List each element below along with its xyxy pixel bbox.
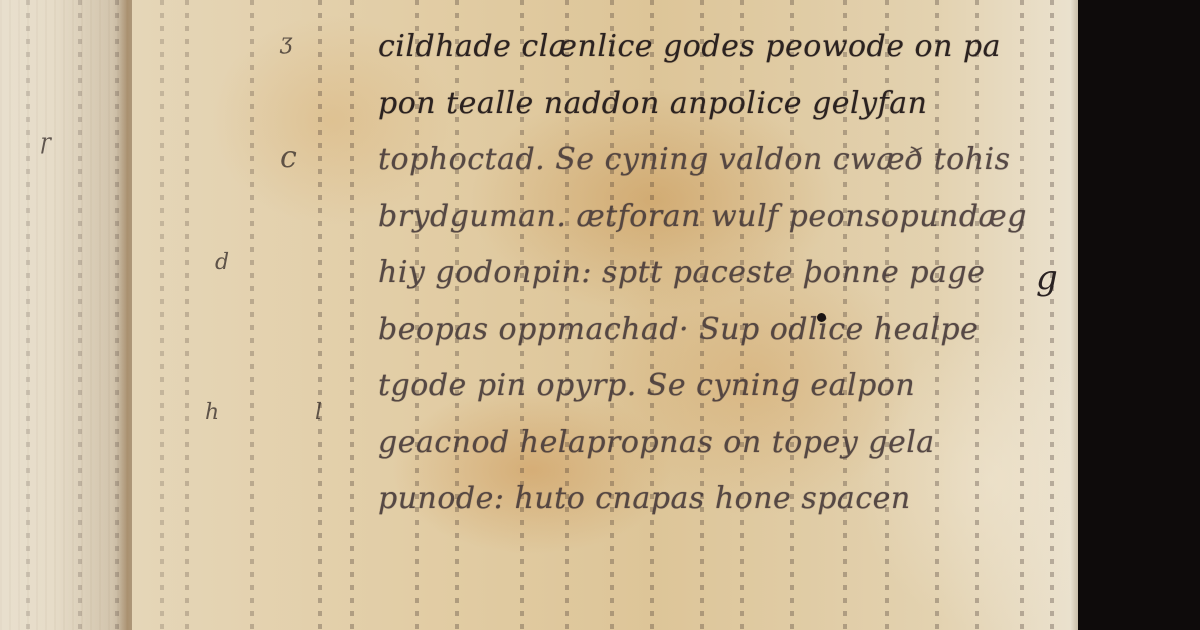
line-text: beopas oppmachad· Sup odlice healpe — [378, 311, 978, 349]
margin-mark: l — [315, 400, 322, 425]
line-text: cildhade clænlice godes peowode on pa — [378, 28, 1001, 66]
manuscript-viewer: ʒ c d l h ɼ cildhade clænlice godes peow… — [0, 0, 1200, 630]
ink-blot — [817, 313, 826, 322]
text-line: punode: huto cnapas hone spacen — [378, 480, 1058, 537]
line-text: tgode pin opyrp. Se cyning ealpon — [378, 367, 915, 405]
show-through-column — [185, 0, 189, 630]
text-line: tophoctad. Se cyning valdon cwæð tohis — [378, 141, 1058, 198]
line-text: hiy godonpin: sptt paceste þonne page — [378, 254, 985, 292]
show-through-column — [160, 0, 164, 630]
text-block: cildhade clænlice godes peowode on pa po… — [378, 28, 1058, 537]
text-line: tgode pin opyrp. Se cyning ealpon — [378, 367, 1058, 424]
text-line: hiy godonpin: sptt paceste þonne page — [378, 254, 1058, 311]
background-edge — [1078, 0, 1200, 630]
text-line: geacnod helapropnas on topey gela — [378, 424, 1058, 481]
show-through-column — [115, 0, 119, 630]
margin-mark: h — [205, 400, 219, 425]
margin-mark: ɼ — [40, 130, 51, 155]
show-through-column — [26, 0, 30, 630]
show-through-column — [250, 0, 254, 630]
text-line: cildhade clænlice godes peowode on pa — [378, 28, 1058, 85]
show-through-column — [318, 0, 322, 630]
line-text: punode: huto cnapas hone spacen — [378, 480, 911, 518]
text-line: beopas oppmachad· Sup odlice healpe — [378, 311, 1058, 368]
line-text: tophoctad. Se cyning valdon cwæð tohis — [378, 141, 1011, 179]
show-through-column — [350, 0, 354, 630]
marginal-letter: g — [1036, 258, 1058, 298]
margin-mark: d — [215, 250, 229, 275]
adjacent-leaf — [0, 0, 132, 630]
line-text: geacnod helapropnas on topey gela — [378, 424, 935, 462]
line-text: brydguman. ætforan wulf peonsopundæg — [378, 198, 1027, 236]
margin-mark: ʒ — [280, 30, 292, 55]
text-line: brydguman. ætforan wulf peonsopundæg — [378, 198, 1058, 255]
line-text: pon tealle naddon anpolice gelyfan — [378, 85, 927, 123]
margin-mark: c — [280, 140, 297, 175]
folio-edge — [1070, 0, 1078, 630]
text-line: pon tealle naddon anpolice gelyfan — [378, 85, 1058, 142]
show-through-column — [78, 0, 82, 630]
